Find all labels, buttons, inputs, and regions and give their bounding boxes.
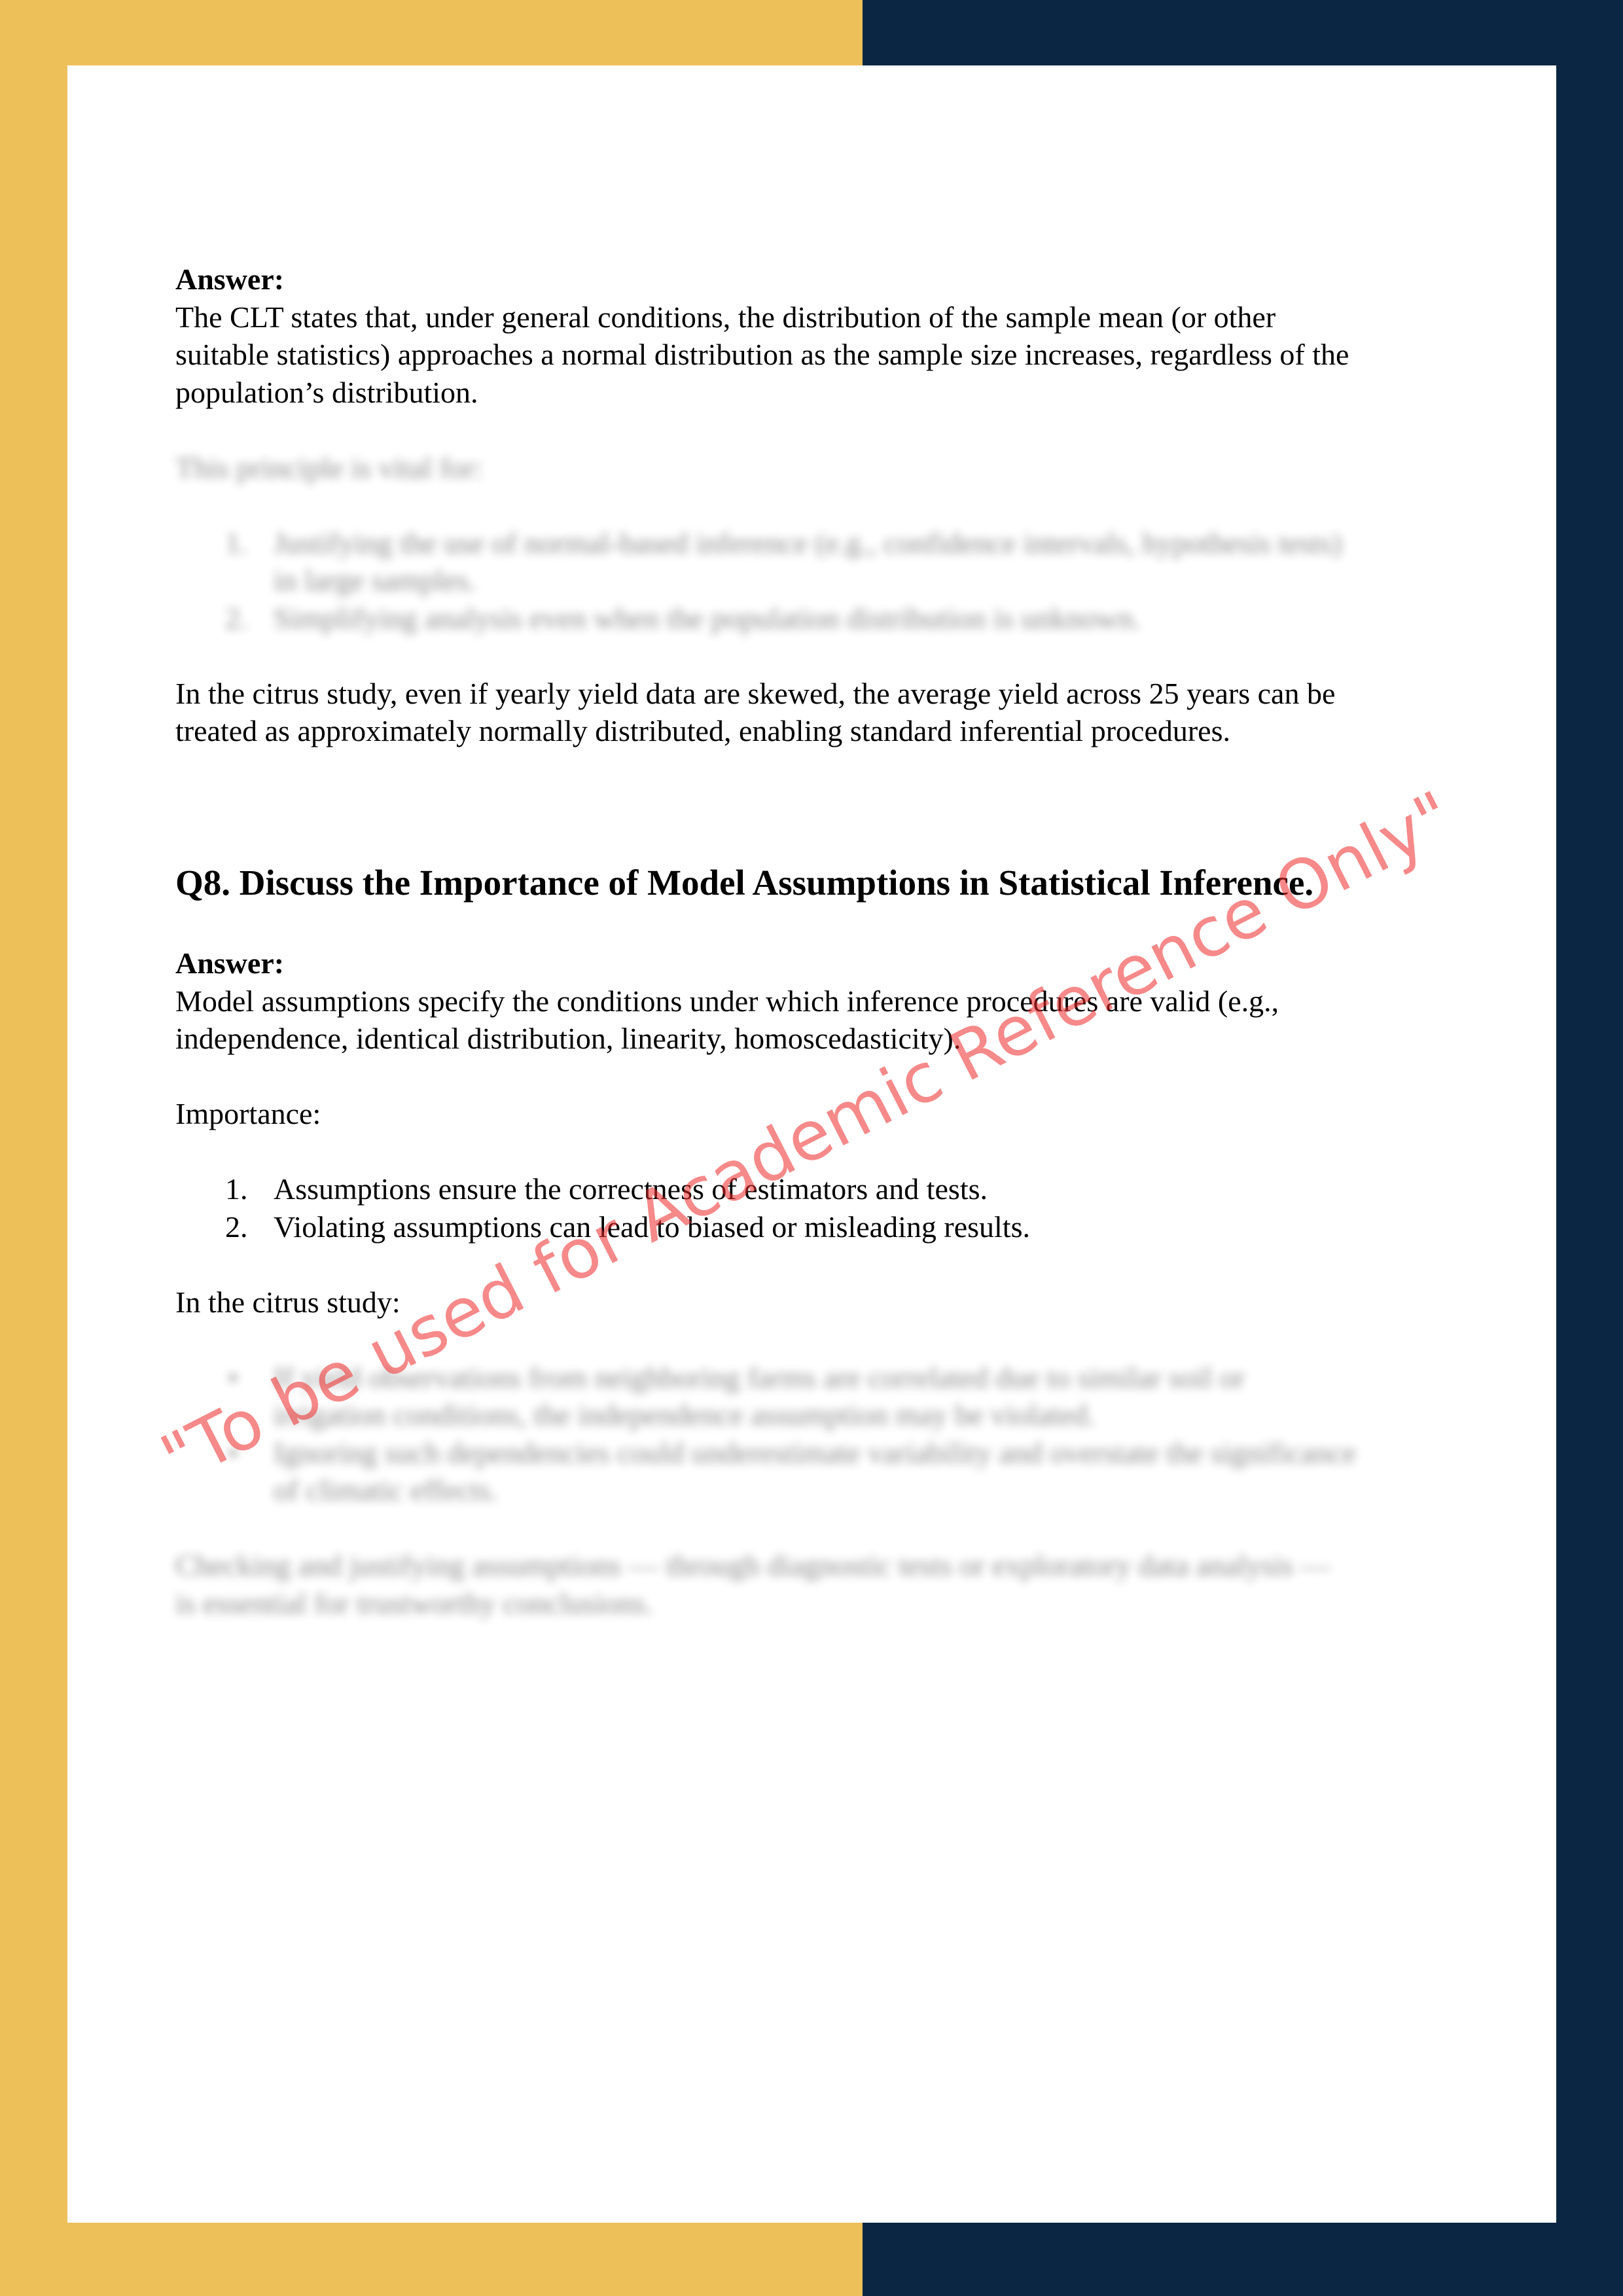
clt-paragraph-line: The CLT states that, under general condi…	[175, 298, 1484, 336]
bullet-icon: •	[228, 1434, 238, 1472]
blurred-section: • If yield observations from neighboring…	[175, 1359, 1484, 1623]
list-number: 1.	[225, 524, 248, 562]
spacer	[175, 486, 1484, 524]
bullet-line: irrigation conditions, the independence …	[274, 1396, 1484, 1434]
spacer	[175, 1509, 1484, 1547]
numbered-list-item: 2. Simplifying analysis even when the po…	[175, 600, 1484, 637]
bullet-icon: •	[228, 1359, 238, 1397]
spacer	[175, 1246, 1484, 1283]
question-heading: Q8. Discuss the Importance of Model Assu…	[175, 864, 1484, 902]
numbered-list-item: 1. Assumptions ensure the correctness of…	[175, 1170, 1484, 1208]
definition-line: Model assumptions specify the conditions…	[175, 982, 1484, 1020]
spacer	[175, 1321, 1484, 1359]
list-item-line: in large samples.	[274, 562, 1484, 600]
clt-paragraph-line: suitable statistics) approaches a normal…	[175, 336, 1484, 374]
list-number: 1.	[225, 1170, 248, 1208]
spacer	[175, 1133, 1484, 1171]
list-item-line: Simplifying analysis even when the popul…	[274, 600, 1484, 637]
citrus-paragraph-line: In the citrus study, even if yearly yiel…	[175, 675, 1484, 713]
document-page: Answer: The CLT states that, under gener…	[67, 65, 1556, 2223]
spacer	[175, 637, 1484, 675]
clt-paragraph-line: population’s distribution.	[175, 374, 1484, 412]
bullet-list-item: • Ignoring such dependencies could under…	[175, 1434, 1484, 1509]
bullet-line: Ignoring such dependencies could underes…	[274, 1434, 1484, 1472]
list-item-text: Violating assumptions can lead to biased…	[274, 1208, 1484, 1246]
numbered-list-item: 2. Violating assumptions can lead to bia…	[175, 1208, 1484, 1246]
spacer	[175, 411, 1484, 449]
bullet-line: If yield observations from neighboring f…	[274, 1359, 1484, 1397]
definition-line: independence, identical distribution, li…	[175, 1020, 1484, 1058]
bullet-list-item: • If yield observations from neighboring…	[175, 1359, 1484, 1434]
citrus-label: In the citrus study:	[175, 1283, 1484, 1321]
list-item-text: Assumptions ensure the correctness of es…	[274, 1170, 1484, 1208]
document-content: Answer: The CLT states that, under gener…	[175, 260, 1484, 1622]
vital-intro: This principle is vital for:	[175, 449, 1484, 487]
spacer	[175, 1058, 1484, 1096]
list-item-line: Justifying the use of normal-based infer…	[274, 524, 1484, 562]
list-number: 2.	[225, 1208, 248, 1246]
spacer	[175, 750, 1484, 864]
bullet-line: of climatic effects.	[274, 1471, 1484, 1509]
conclusion-line: is essential for trustworthy conclusions…	[175, 1585, 1484, 1623]
numbered-list-item: 1. Justifying the use of normal-based in…	[175, 524, 1484, 600]
conclusion-line: Checking and justifying assumptions — th…	[175, 1547, 1484, 1585]
importance-label: Importance:	[175, 1095, 1484, 1133]
citrus-paragraph-line: treated as approximately normally distri…	[175, 712, 1484, 750]
blurred-section: This principle is vital for: 1. Justifyi…	[175, 449, 1484, 637]
spacer	[175, 901, 1484, 944]
list-number: 2.	[225, 600, 248, 637]
answer-label: Answer:	[175, 944, 1484, 982]
answer-label: Answer:	[175, 260, 1484, 298]
